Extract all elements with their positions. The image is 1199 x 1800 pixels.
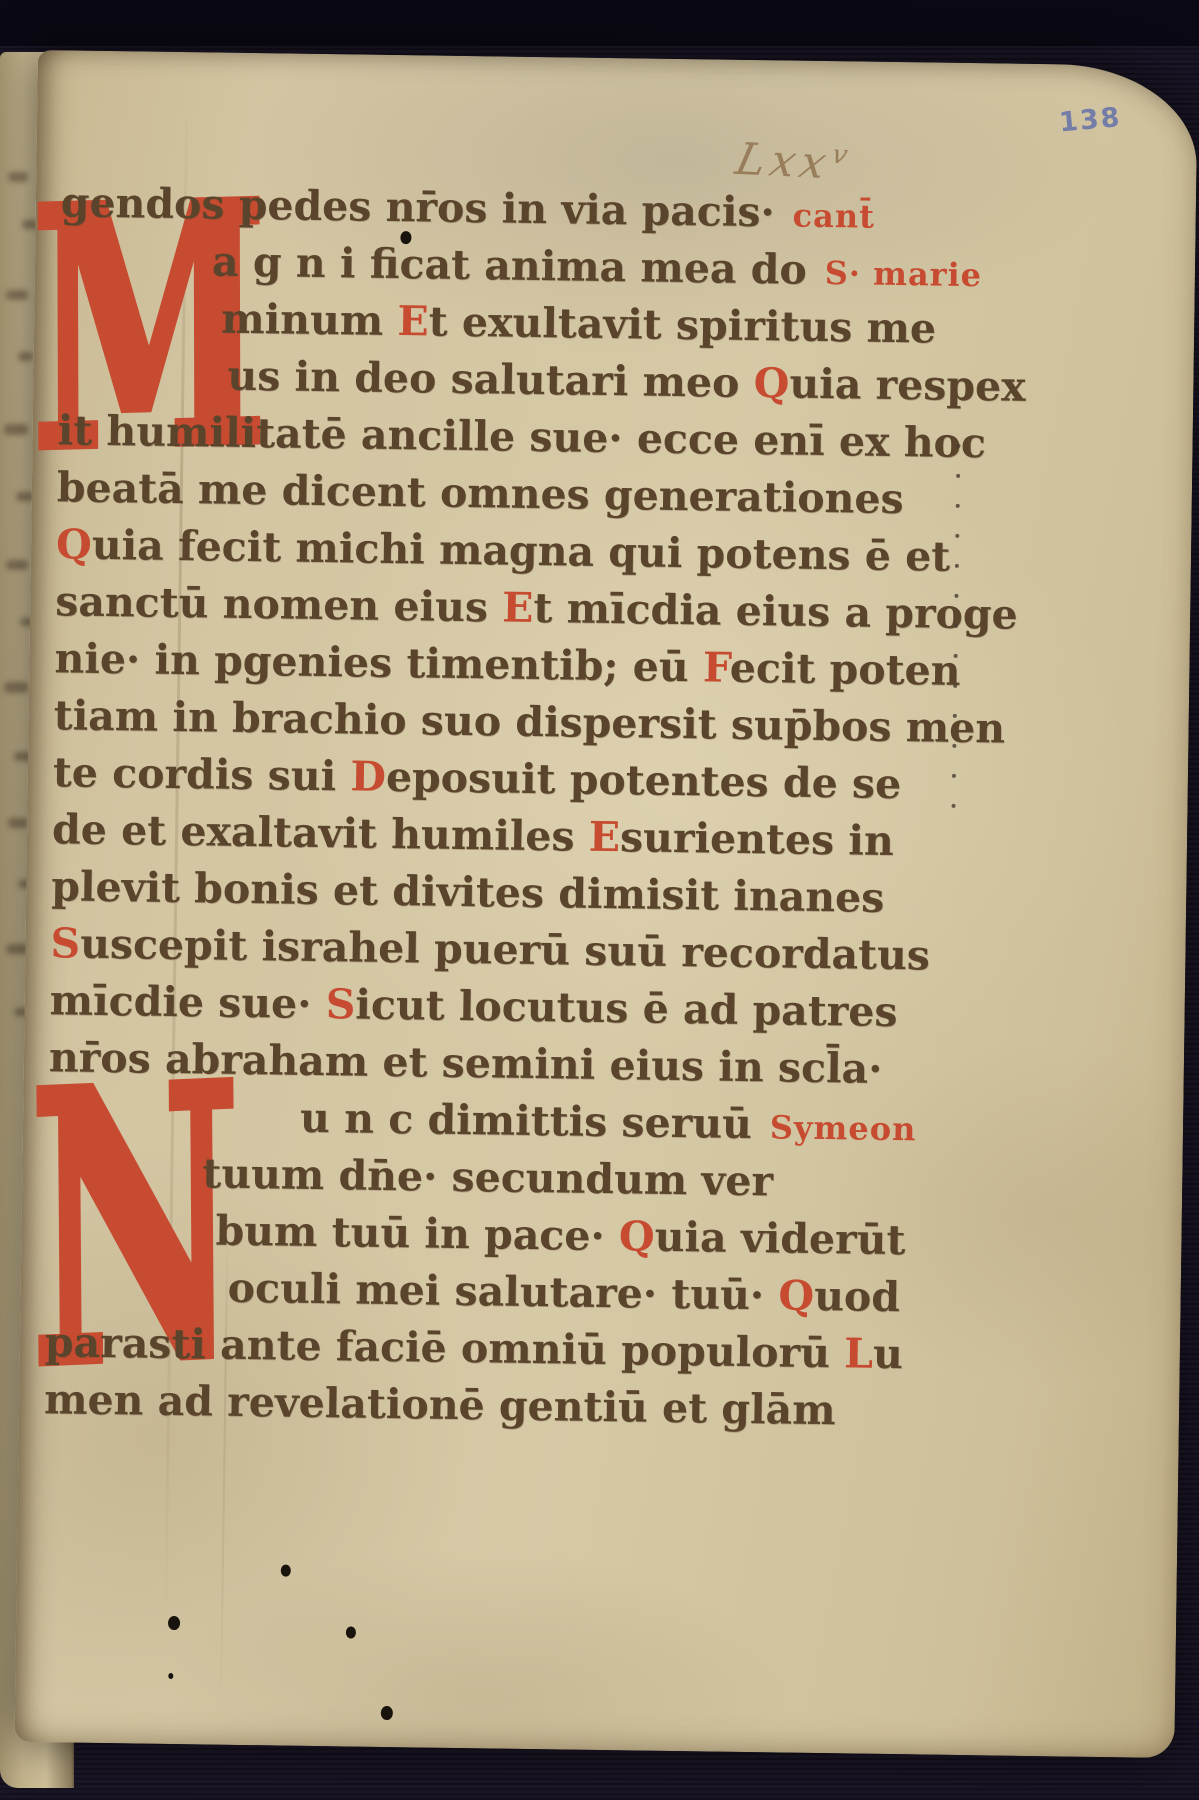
pricking-dot bbox=[953, 684, 957, 688]
rubricated-capital: E bbox=[502, 584, 534, 632]
ink-text: sanctū nomen eius bbox=[55, 577, 503, 631]
ink-text: plevit bonis et divites dimisit inanes bbox=[51, 862, 885, 922]
ink-text: de et exaltavit humiles bbox=[52, 805, 589, 860]
ink-text: uia respex bbox=[789, 360, 1026, 411]
rubricated-capital: E bbox=[397, 297, 429, 345]
ink-text: minum bbox=[221, 295, 398, 345]
pricking-dot bbox=[954, 594, 958, 598]
rubricated-capital: Q bbox=[753, 359, 789, 407]
ink-text: te cordis sui bbox=[53, 748, 351, 800]
ink-text: men ad revelationē gentiū et glām bbox=[44, 1375, 836, 1434]
ink-text: u bbox=[873, 1330, 903, 1378]
ink-blot bbox=[381, 1706, 393, 1720]
photo-top-shadow bbox=[0, 0, 1199, 46]
rubricated-capital: L bbox=[844, 1329, 873, 1377]
rubricated-capital: S bbox=[50, 919, 80, 967]
pricking-dot bbox=[952, 744, 956, 748]
ink-blot bbox=[168, 1616, 180, 1630]
rubricated-capital: F bbox=[703, 643, 731, 691]
ink-text: uod bbox=[814, 1272, 900, 1321]
ink-text: t mīcdia eius a proge bbox=[533, 584, 1018, 639]
ink-text: t exultavit spiritus me bbox=[428, 297, 936, 352]
rubricated-capital: Q bbox=[619, 1212, 655, 1260]
show-through-text-mark bbox=[6, 560, 28, 570]
ink-text: icut locutus ē ad patres bbox=[355, 981, 898, 1037]
ink-text: bum tuū in pace· bbox=[215, 1207, 619, 1261]
rubricated-capital: E bbox=[588, 813, 620, 861]
pricking-dot bbox=[955, 564, 959, 568]
margin-rubric: cant̄ bbox=[792, 197, 875, 236]
ink-text: nr̄os abraham et semini eius in scl̄a· bbox=[49, 1033, 883, 1093]
pricking-dot bbox=[956, 474, 960, 478]
ink-text: u n c dimittis seruū bbox=[300, 1094, 752, 1148]
folio-number-pencil: 138 bbox=[1058, 102, 1123, 139]
margin-rubric: Symeon bbox=[770, 1108, 917, 1148]
pricking-dot bbox=[953, 714, 957, 718]
pricking-dot bbox=[954, 624, 958, 628]
text-block: gendos pedes nr̄os in via pacis·cant̄a g… bbox=[44, 178, 1011, 1445]
ink-text: us in deo salutari meo bbox=[227, 352, 754, 407]
rubricated-capital: D bbox=[350, 752, 386, 800]
margin-rubric: S· marie bbox=[824, 254, 982, 294]
pricking-dot bbox=[954, 654, 958, 658]
ink-blot bbox=[281, 1565, 291, 1577]
photographed-manuscript: Lxxv 138 M N gendos pedes nr̄os in via p… bbox=[0, 0, 1199, 1800]
ink-text: tuum dn̄e· secundum ver bbox=[202, 1149, 773, 1205]
ink-text: a g n i ficat anima mea do bbox=[212, 237, 807, 293]
rubricated-capital: S bbox=[325, 980, 355, 1028]
ink-text: gendos pedes nr̄os in via pacis· bbox=[61, 178, 776, 236]
ink-text: surientes in bbox=[620, 813, 894, 865]
show-through-text-mark bbox=[6, 290, 28, 300]
ink-blot bbox=[168, 1673, 173, 1679]
ink-text: parasti ante faciē omniū populorū bbox=[45, 1318, 845, 1377]
show-through-text-mark bbox=[4, 682, 28, 693]
rubricated-capital: Q bbox=[778, 1271, 814, 1319]
ink-text: uia viderūt bbox=[654, 1213, 905, 1264]
pricking-dot bbox=[957, 444, 961, 448]
folio-inscription: Lxxv bbox=[731, 134, 856, 190]
show-through-text-mark bbox=[18, 352, 33, 361]
show-through-text-mark bbox=[8, 172, 28, 182]
ink-text: eposuit potentes de se bbox=[386, 753, 902, 808]
manuscript-page: Lxxv 138 M N gendos pedes nr̄os in via p… bbox=[14, 50, 1198, 1758]
folio-inscription-numeral: Lxx bbox=[731, 134, 836, 189]
ink-text: ecit poten bbox=[729, 644, 960, 695]
pricking-dot bbox=[952, 804, 956, 808]
ink-blot bbox=[400, 231, 411, 244]
ink-text: mīcdie sue· bbox=[49, 976, 326, 1028]
rubricated-capital: Q bbox=[56, 520, 92, 568]
show-through-text-mark bbox=[4, 424, 28, 435]
pricking-dot bbox=[952, 774, 956, 778]
pricking-dot bbox=[955, 534, 959, 538]
pricking-dot bbox=[956, 504, 960, 508]
ink-text: oculi mei salutare· tuū· bbox=[227, 1264, 778, 1320]
ink-blot bbox=[346, 1626, 356, 1638]
ink-text: nie· in pgenies timentib; eū bbox=[54, 634, 703, 691]
show-through-text-mark bbox=[8, 818, 28, 828]
